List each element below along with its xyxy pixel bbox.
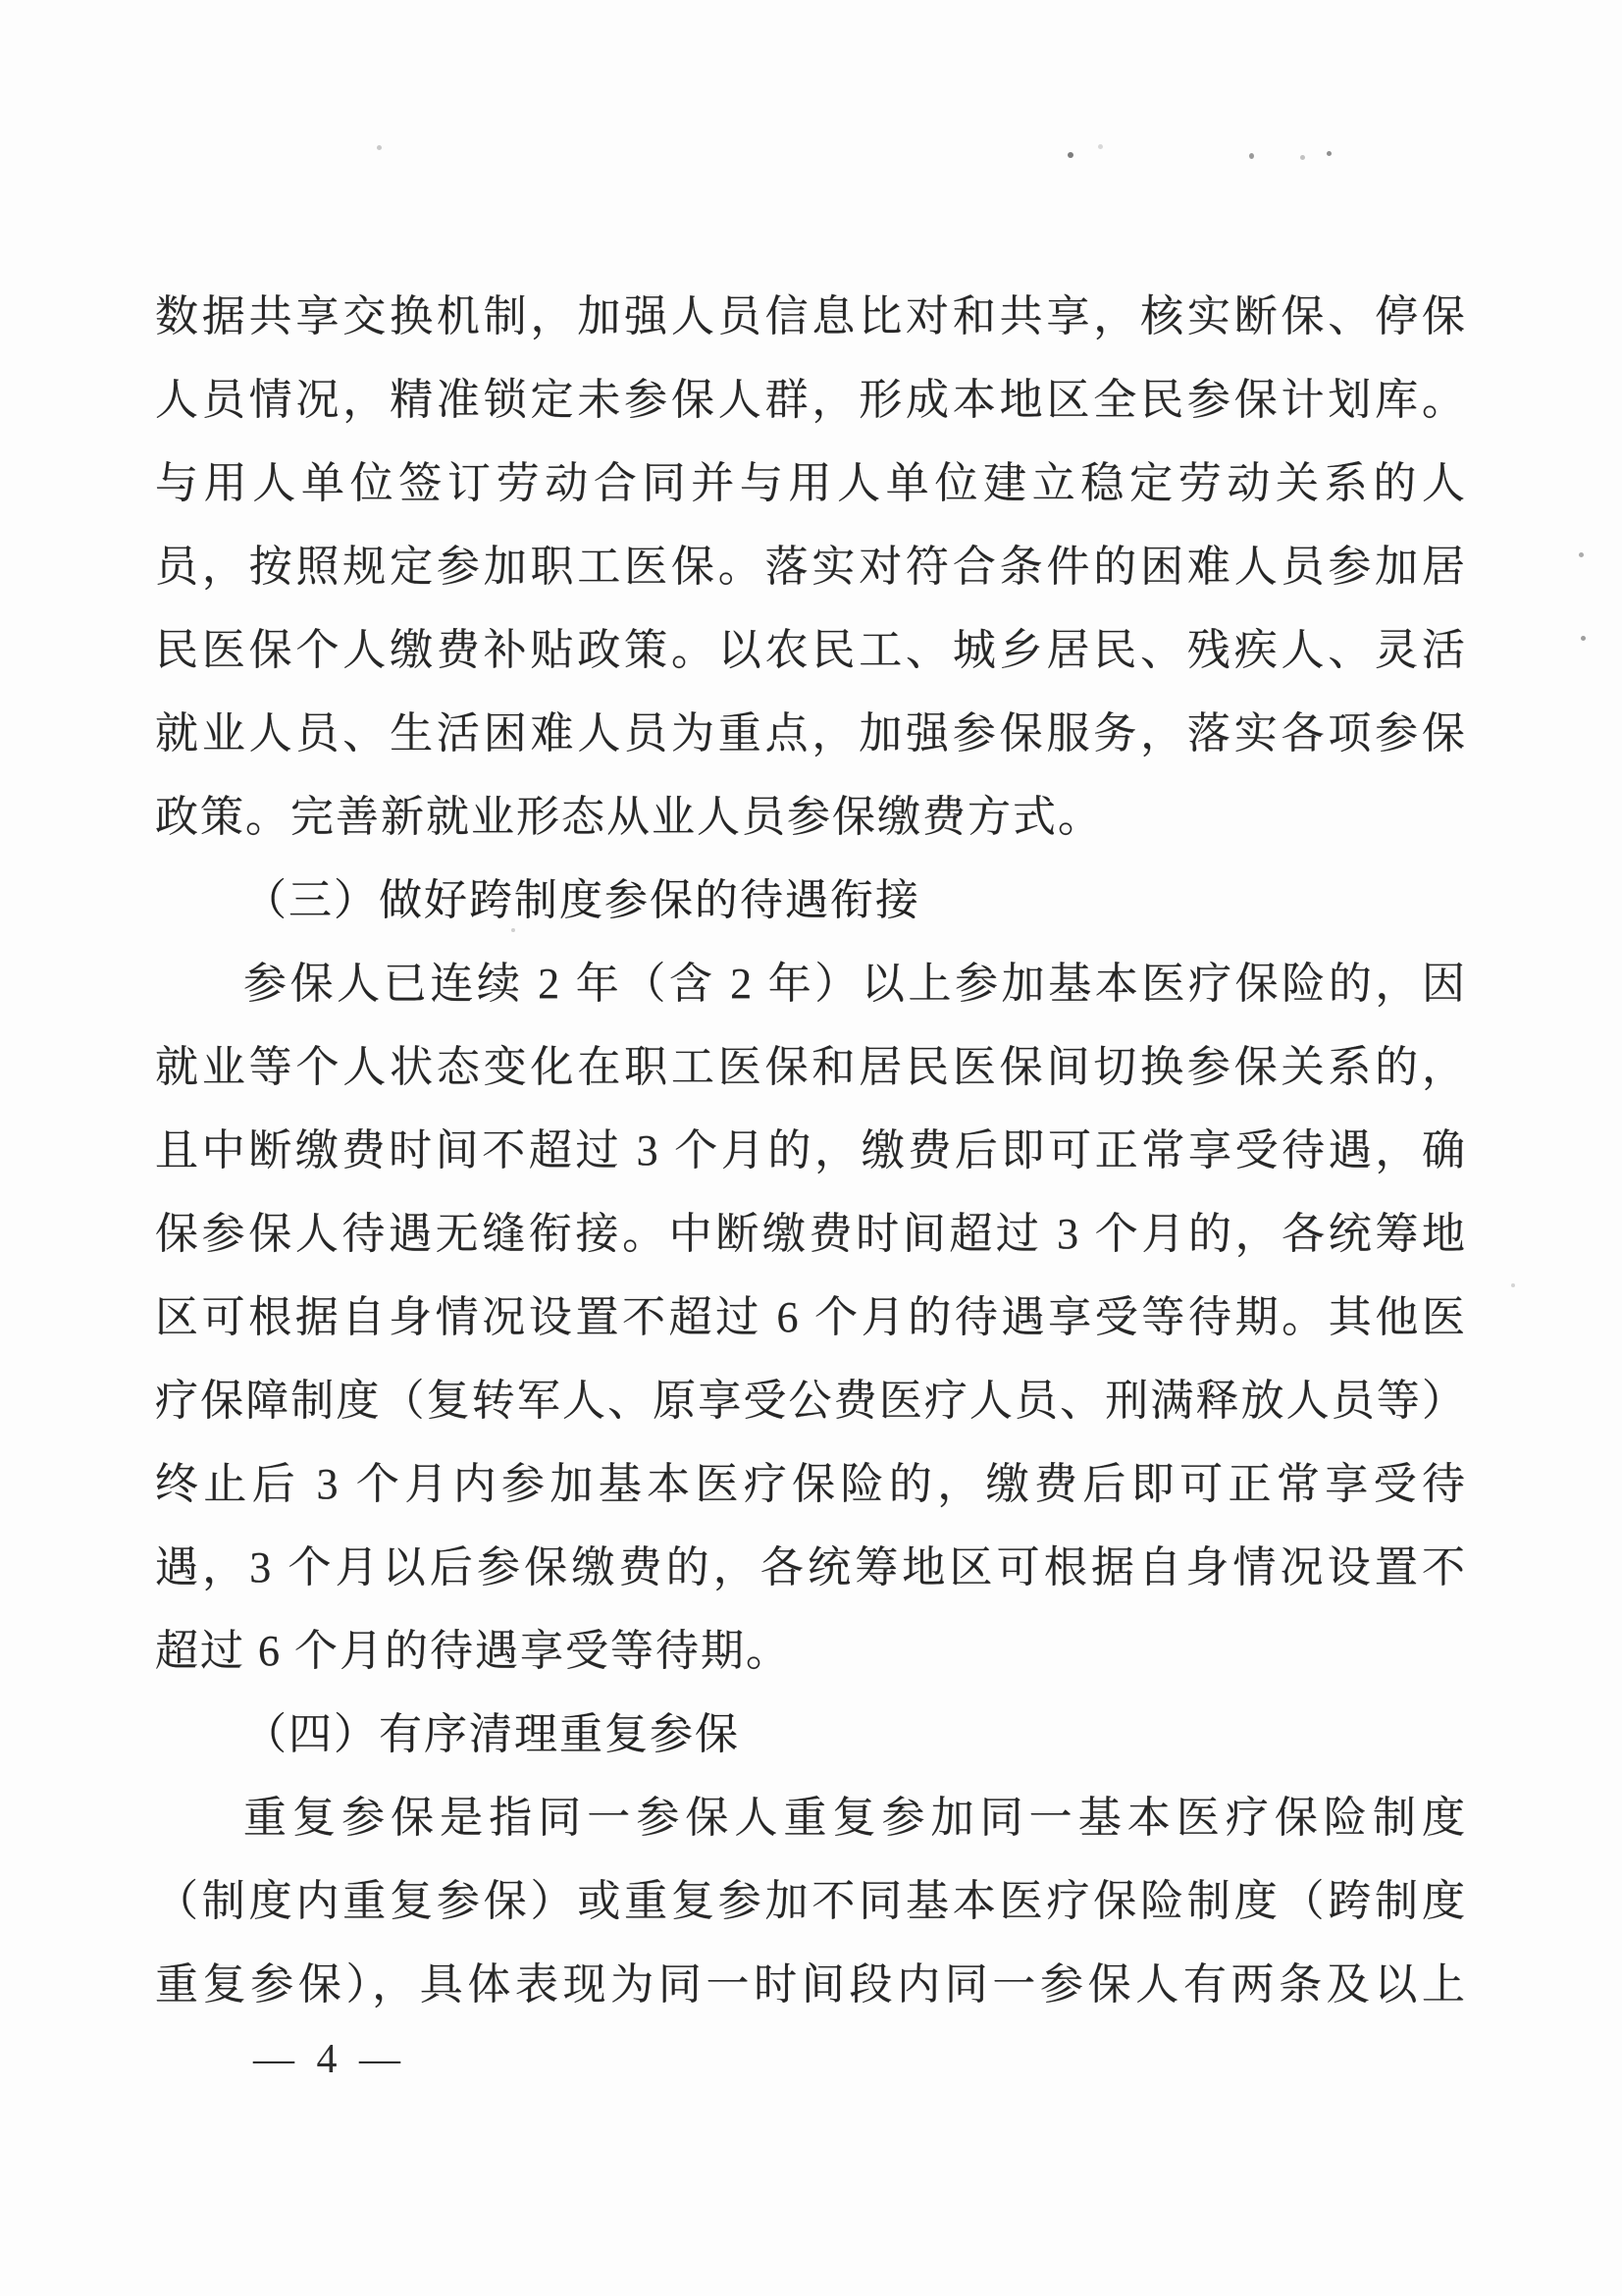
- text-line: 就业等个人状态变化在职工医保和居民医保间切换参保关系的，: [155, 1025, 1467, 1109]
- scan-speck: [1581, 636, 1586, 641]
- document-text-block: 数据共享交换机制，加强人员信息比对和共享，核实断保、停保人员情况，精准锁定未参保…: [155, 275, 1467, 2026]
- text-line: 与用人单位签订劳动合同并与用人单位建立稳定劳动关系的人: [155, 442, 1467, 525]
- text-line: 超过 6 个月的待遇享受等待期。: [155, 1609, 1467, 1693]
- text-line: 遇，3 个月以后参保缴费的，各统筹地区可根据自身情况设置不: [155, 1526, 1467, 1609]
- section-heading: （四）有序清理重复参保: [155, 1693, 1467, 1776]
- text-line: 终止后 3 个月内参加基本医疗保险的，缴费后即可正常享受待: [155, 1442, 1467, 1526]
- scan-speck: [1068, 152, 1073, 158]
- text-line: 就业人员、生活困难人员为重点，加强参保服务，落实各项参保: [155, 692, 1467, 775]
- text-line: 政策。完善新就业形态从业人员参保缴费方式。: [155, 775, 1467, 859]
- scan-speck: [1300, 155, 1305, 160]
- scan-speck: [1098, 144, 1103, 149]
- text-line: 民医保个人缴费补贴政策。以农民工、城乡居民、残疾人、灵活: [155, 608, 1467, 692]
- text-line: 区可根据自身情况设置不超过 6 个月的待遇享受等待期。其他医: [155, 1276, 1467, 1359]
- document-page: 数据共享交换机制，加强人员信息比对和共享，核实断保、停保人员情况，精准锁定未参保…: [0, 0, 1622, 2296]
- text-line: 参保人已连续 2 年（含 2 年）以上参加基本医疗保险的，因: [155, 942, 1467, 1025]
- text-line: 保参保人待遇无缝衔接。中断缴费时间超过 3 个月的，各统筹地: [155, 1192, 1467, 1276]
- text-line: 重复参保是指同一参保人重复参加同一基本医疗保险制度: [155, 1776, 1467, 1859]
- scan-speck: [1579, 552, 1584, 557]
- scan-speck: [1511, 1283, 1515, 1287]
- section-heading: （三）做好跨制度参保的待遇衔接: [155, 859, 1467, 942]
- scan-speck: [377, 145, 382, 150]
- text-line: 数据共享交换机制，加强人员信息比对和共享，核实断保、停保: [155, 275, 1467, 358]
- text-line: 员，按照规定参加职工医保。落实对符合条件的困难人员参加居: [155, 525, 1467, 608]
- text-line: 人员情况，精准锁定未参保人群，形成本地区全民参保计划库。: [155, 358, 1467, 442]
- scan-speck: [511, 928, 515, 932]
- page-number: — 4 —: [253, 2029, 406, 2090]
- text-line: 且中断缴费时间不超过 3 个月的，缴费后即可正常享受待遇，确: [155, 1109, 1467, 1192]
- scan-speck: [1249, 153, 1254, 159]
- text-line: 疗保障制度（复转军人、原享受公费医疗人员、刑满释放人员等）: [155, 1359, 1467, 1442]
- text-line: 重复参保），具体表现为同一时间段内同一参保人有两条及以上: [155, 1943, 1467, 2026]
- scan-speck: [1327, 151, 1332, 156]
- text-line: （制度内重复参保）或重复参加不同基本医疗保险制度（跨制度: [155, 1859, 1467, 1943]
